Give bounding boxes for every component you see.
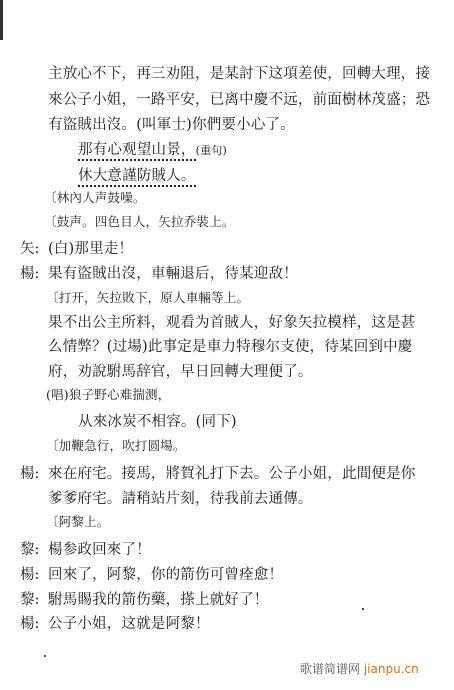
watermark: 歌谱简谱网 jianpu.cn [300, 660, 419, 677]
page-edge-mark [0, 0, 3, 40]
verse-note: (重句) [196, 144, 227, 157]
stage-direction: 〔林內人声鼓噪。 [44, 188, 146, 206]
dialogue-text: (白)那里走！ [48, 237, 133, 258]
text-line: 有盜賊出沒。(叫軍士)你們要小心了。 [48, 113, 295, 134]
stage-direction: 〔加鞭急行，吹打圆場。 [46, 436, 186, 454]
dialogue-text: 爹爹府宅。請稍站片刻，待我前去通傳。 [48, 487, 313, 508]
speaker-label: 楊: [20, 612, 39, 633]
verse-line: 那有心观望山景，(重句) [78, 138, 227, 159]
speaker-label: 矢: [20, 237, 39, 258]
dialogue-text: 駙馬賜我的箭伤藥，搽上就好了！ [48, 588, 269, 609]
stage-direction: 〔鼓声。四色目人，矢拉乔裝上。 [44, 212, 235, 230]
watermark-cn: 歌谱简谱网 [300, 662, 360, 676]
speaker-label: 黎: [20, 588, 39, 609]
dialogue-text: 來在府宅。接馬，將賀礼打下去。公子小姐，此間便是你 [48, 462, 416, 483]
text-line: 果不出公主所料，观看为首賊人，好象矢拉模样，这是甚 [48, 311, 416, 332]
dialogue-text: 楊参政回來了！ [48, 538, 151, 559]
song-line: (唱)狼子野心难揣测， [46, 385, 170, 403]
stage-direction: 〔打开，矢拉敗下，原人車輛等上。 [46, 288, 249, 306]
scan-speck [362, 608, 364, 610]
verse-text: 休大意謹防賊人。 [78, 168, 196, 187]
scan-speck [44, 655, 46, 657]
verse-line: 休大意謹防賊人。 [78, 164, 196, 185]
speaker-label: 黎: [20, 538, 39, 559]
text-line: 主放心不下，再三劝阻，是某討下这項差使，回轉大理，接 [48, 62, 430, 83]
speaker-label: 楊: [20, 462, 39, 483]
stage-direction: 〔阿黎上。 [46, 512, 110, 530]
dialogue-text: 回來了，阿黎，你的箭伤可曾痊愈！ [48, 563, 283, 584]
dialogue-text: 果有盜賊出沒，車輛退后，待某迎敌！ [48, 262, 298, 283]
song-line: 从來冰炭不相容。(同下) [78, 410, 237, 431]
verse-text: 那有心观望山景， [78, 142, 196, 161]
text-line: 么情弊？(过場)此事定是車力特穆尔支使，待某回到中慶 [48, 335, 413, 356]
text-line: 來公子小姐，一路平安，已离中慶不远，前面樹林茂盛；恐 [48, 88, 430, 109]
watermark-site: jianpu.cn [364, 662, 419, 676]
speaker-label: 楊: [20, 563, 39, 584]
text-line: 府，劝說駙馬辞官，早日回轉大理便了。 [48, 360, 313, 381]
dialogue-text: 公子小姐，这就是阿黎！ [48, 612, 210, 633]
speaker-label: 楊: [20, 262, 39, 283]
